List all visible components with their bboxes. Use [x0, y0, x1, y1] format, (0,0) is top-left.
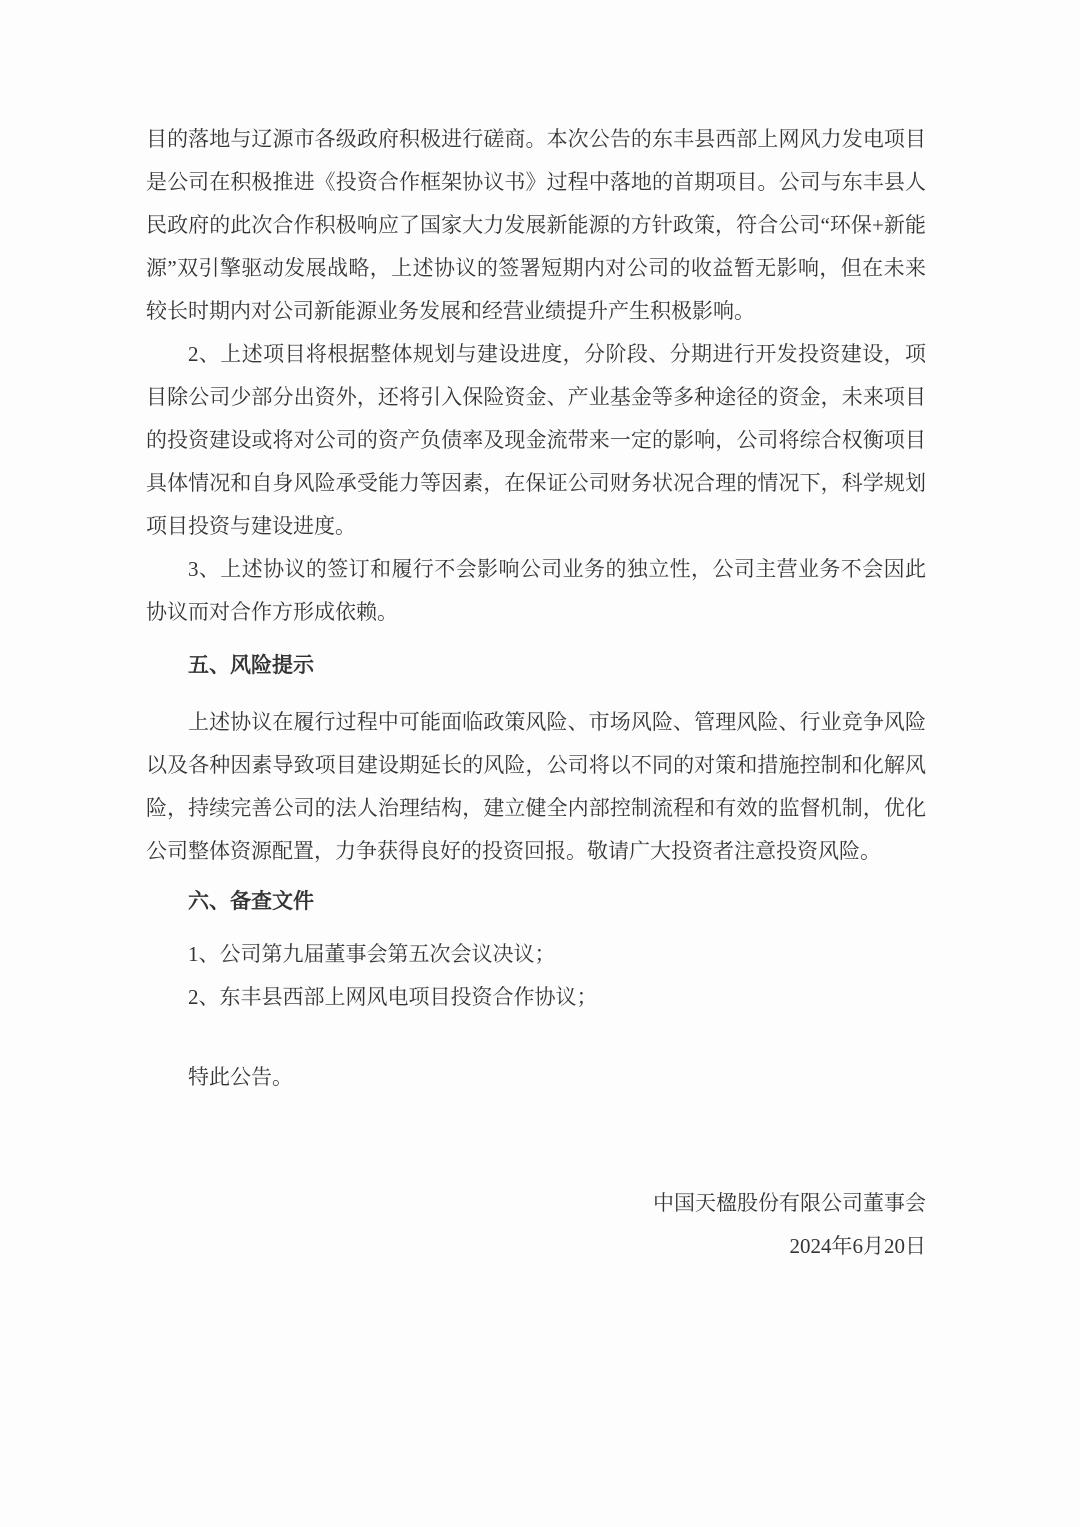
signature-company: 中国天楹股份有限公司董事会 [146, 1182, 926, 1225]
body-paragraph-item-3: 3、上述协议的签订和履行不会影响公司业务的独立性，公司主营业务不会因此协议而对合… [146, 548, 926, 634]
signature-date: 2024年6月20日 [146, 1225, 926, 1268]
body-paragraph-risk: 上述协议在履行过程中可能面临政策风险、市场风险、管理风险、行业竞争风险以及各种因… [146, 701, 926, 873]
section-heading-risk-notice: 五、风险提示 [146, 644, 926, 687]
section-heading-reference-documents: 六、备查文件 [146, 880, 926, 923]
reference-item-1: 1、公司第九届董事会第五次会议决议； [146, 933, 926, 976]
body-paragraph-item-2: 2、上述项目将根据整体规划与建设进度，分阶段、分期进行开发投资建设，项目除公司少… [146, 333, 926, 548]
closing-statement: 特此公告。 [146, 1056, 926, 1099]
reference-item-2: 2、东丰县西部上网风电项目投资合作协议； [146, 976, 926, 1019]
announcement-page: 目的落地与辽源市各级政府积极进行磋商。本次公告的东丰县西部上网风力发电项目是公司… [0, 0, 1080, 1527]
body-paragraph-continuation: 目的落地与辽源市各级政府积极进行磋商。本次公告的东丰县西部上网风力发电项目是公司… [146, 118, 926, 333]
